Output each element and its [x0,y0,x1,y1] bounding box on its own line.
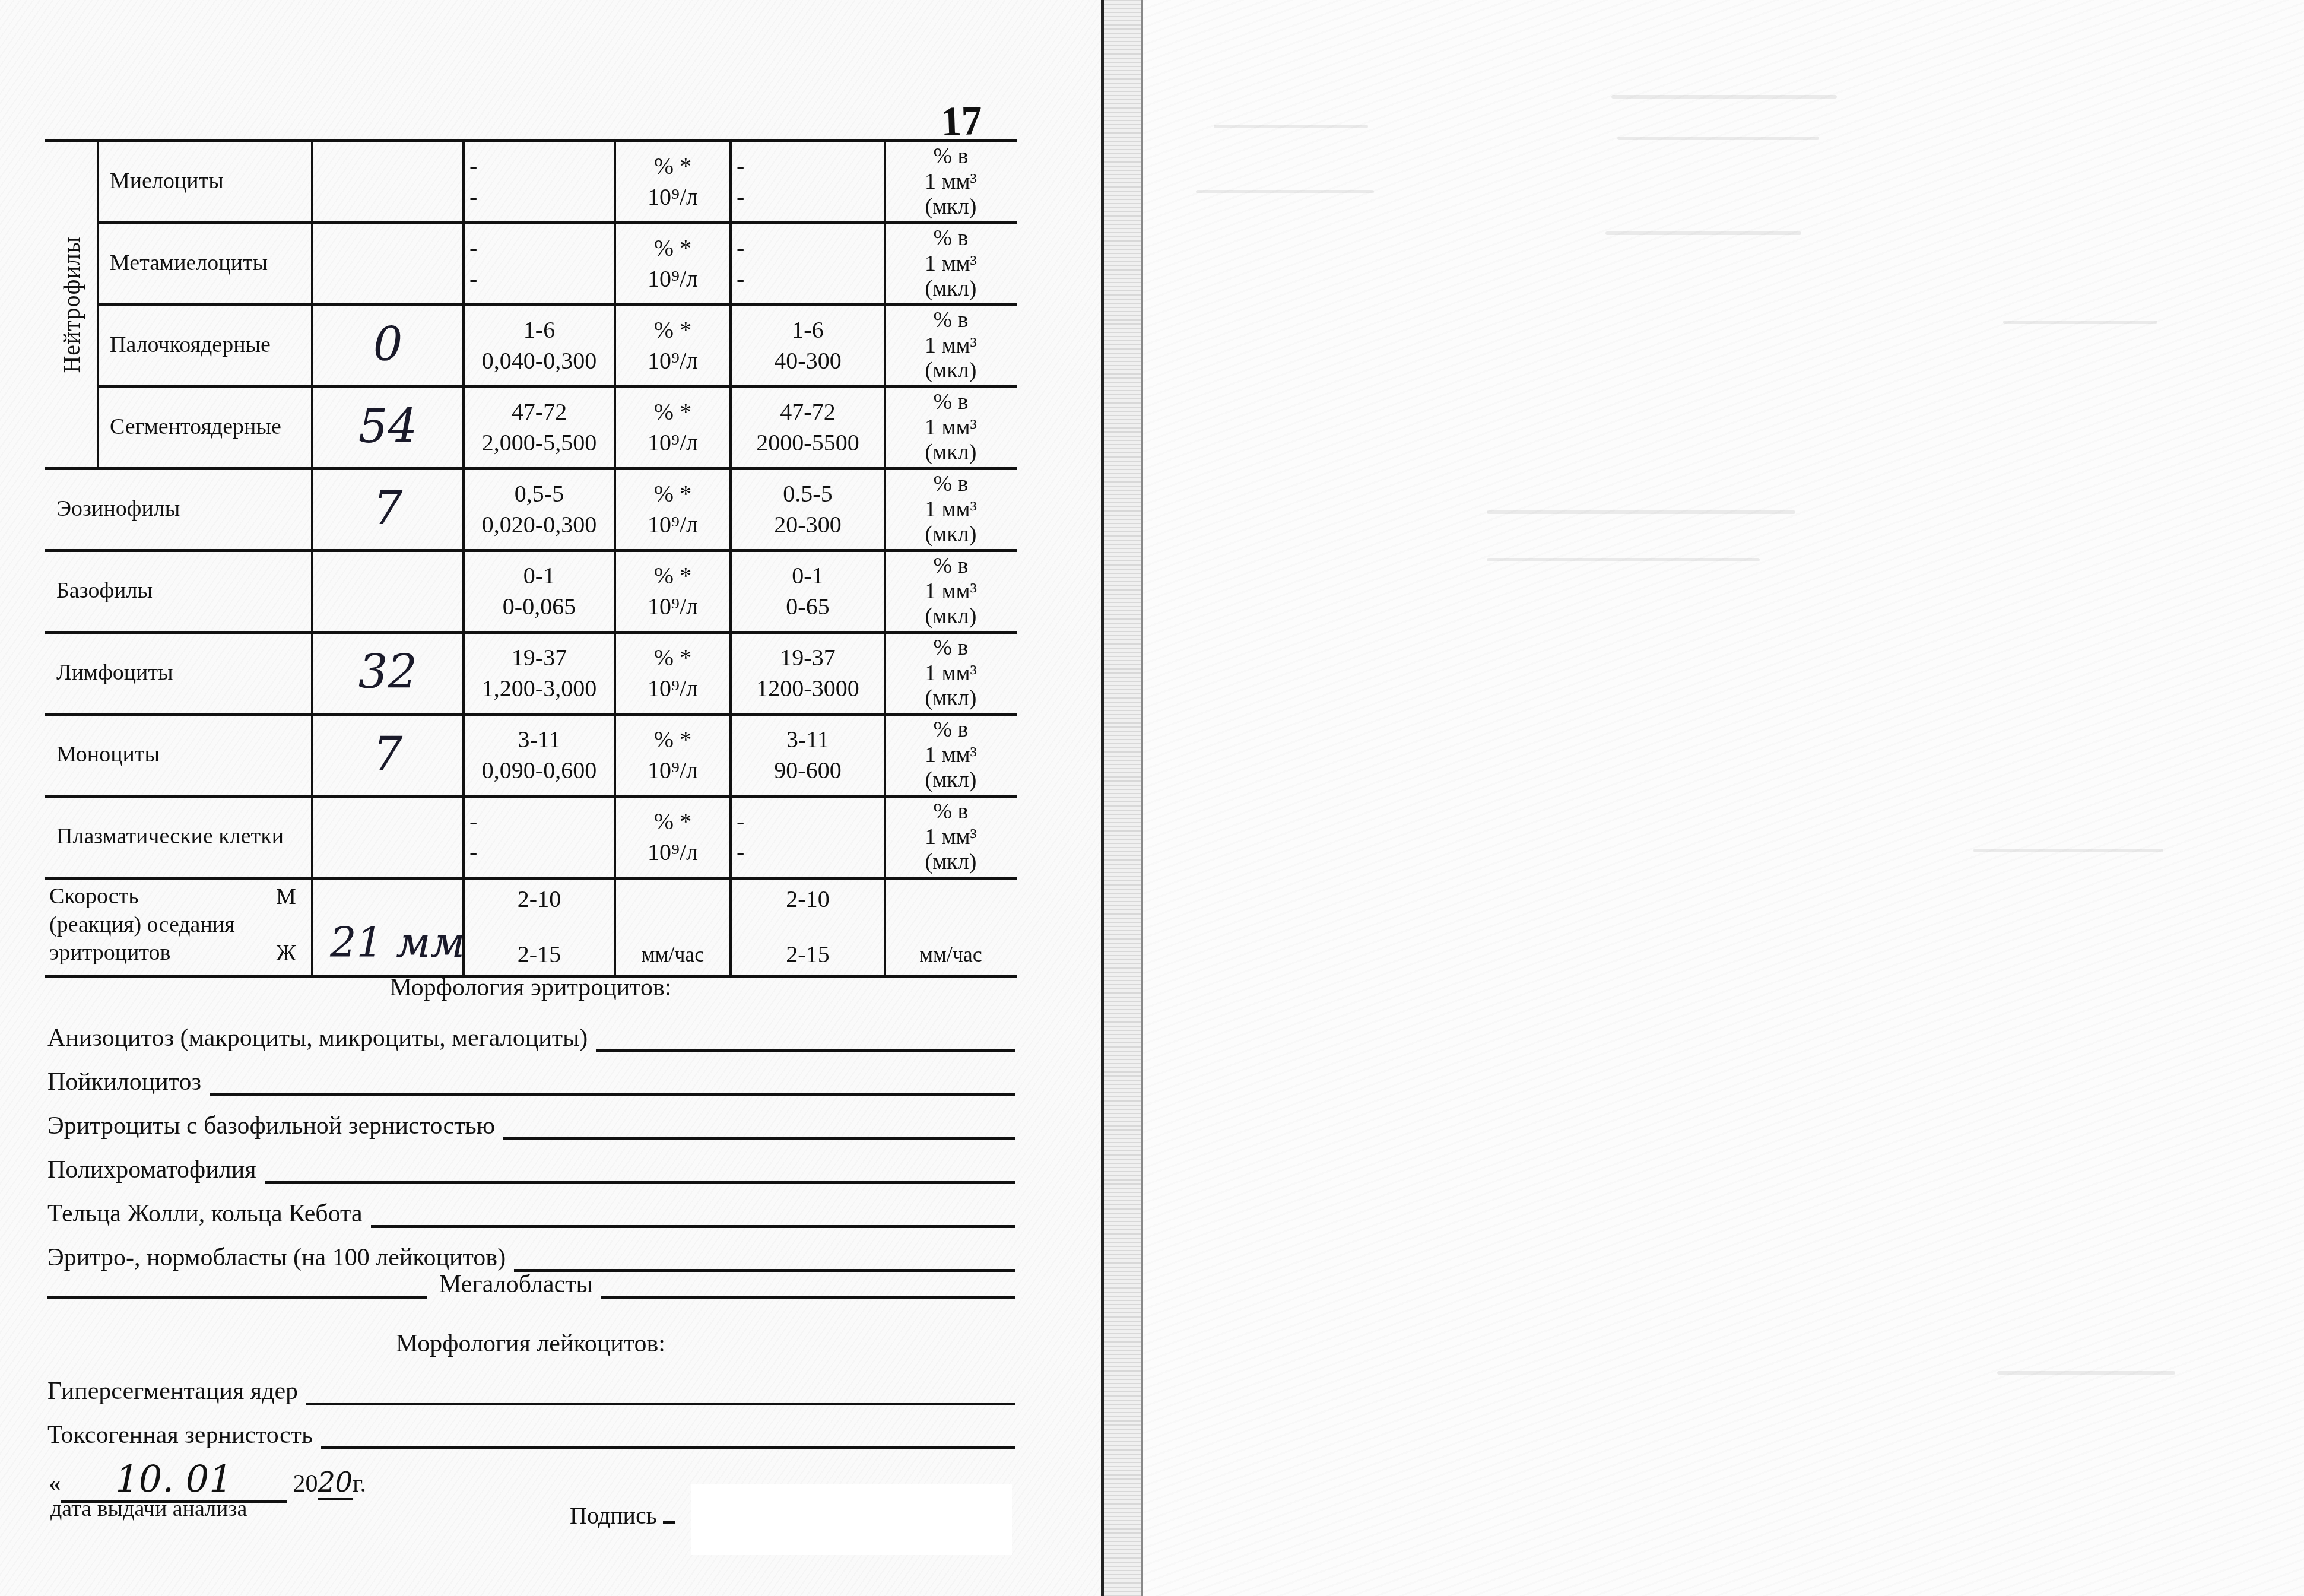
unit-per-mm3: % в1 мм³(мкл) [885,632,1017,714]
wbc-morphology-title: Морфология лейкоцитов: [45,1330,1017,1358]
row-name: Лимфоциты [45,632,324,714]
group-label-text: Нейтрофилы [58,236,85,373]
year-field[interactable]: 20 [318,1466,353,1500]
morphology-field: Эритроциты с базофильной зернистостью [47,1112,1015,1140]
bleed-mark [1487,510,1795,514]
morphology-field: Анизоцитоз (макроциты, микроциты, мегало… [47,1024,1015,1052]
field-blank[interactable] [210,1070,1015,1096]
unit-per-mm3: % в1 мм³(мкл) [885,141,1017,223]
result-value[interactable] [312,796,464,878]
unit-per-mm3: % в1 мм³(мкл) [885,386,1017,468]
unit-si: % *10⁹/л [615,141,731,223]
field-blank[interactable] [514,1245,1015,1272]
result-value[interactable]: 7 [312,714,464,796]
esr-female-label: Ж [276,940,296,966]
year-prefix: 20 [293,1470,318,1497]
morphology-field: Полихроматофилия [47,1156,1015,1184]
result-value[interactable] [312,141,464,223]
unit-si: % *10⁹/л [615,304,731,386]
reference-range-legacy: 19-371200-3000 [731,632,885,714]
reference-range-legacy: 3-1190-600 [731,714,885,796]
year-g: г. [353,1470,366,1497]
left-page: 17 НейтрофилыМиелоциты--% *10⁹/л--% в1 м… [0,0,1101,1596]
right-page-bleedthrough [1143,0,2304,1596]
row-name: Сегментоядерные [98,386,324,468]
unit-per-mm3: % в1 мм³(мкл) [885,304,1017,386]
signature-label-text: Подпись [570,1502,657,1529]
field-blank[interactable] [265,1157,1015,1184]
unit-si: % *10⁹/л [615,796,731,878]
esr-label: Скорость(реакция) оседанияэритроцитов [49,883,235,967]
result-value[interactable] [312,223,464,304]
reference-range: 1-60,040-0,300 [464,304,615,386]
reference-range: -- [464,796,615,878]
redacted-signature [691,1484,1012,1555]
bleed-mark [1617,137,1819,140]
megaloblasts-blank[interactable] [601,1272,1015,1299]
morphology-field: Тельца Жолли, кольца Кебота [47,1200,1015,1228]
field-label: Эритро-, нормобласты (на 100 лейкоцитов) [47,1243,506,1272]
esr-reference: 2-102-15 [464,878,615,976]
megaloblasts-prefix-blank[interactable] [47,1272,427,1299]
unit-si: % *10⁹/л [615,550,731,632]
bleed-mark [1196,190,1374,193]
field-label: Анизоцитоз (макроциты, микроциты, мегало… [47,1024,588,1052]
unit-per-mm3: % в1 мм³(мкл) [885,223,1017,304]
neutrophils-group-label: Нейтрофилы [45,141,98,468]
field-label: Токсогенная зернистость [47,1421,313,1449]
bleed-mark [1973,849,2163,852]
unit-per-mm3: % в1 мм³(мкл) [885,714,1017,796]
quote-open: « [49,1470,61,1497]
field-label: Гиперсегментация ядер [47,1377,298,1405]
signature-label: Подпись [570,1502,675,1530]
bleed-mark [1487,558,1760,561]
result-value[interactable] [312,550,464,632]
unit-si: % *10⁹/л [615,632,731,714]
rbc-morphology-title: Морфология эритроцитов: [45,973,1017,1002]
reference-range-legacy: -- [731,223,885,304]
morphology-field: Пойкилоцитоз [47,1068,1015,1096]
morphology-field: Токсогенная зернистость [47,1421,1015,1449]
morphology-field: Эритро-, нормобласты (на 100 лейкоцитов) [47,1243,1015,1272]
reference-range: 47-722,000-5,500 [464,386,615,468]
morphology-field: Гиперсегментация ядер [47,1377,1015,1405]
unit-si: % *10⁹/л [615,714,731,796]
bleed-mark [1605,231,1801,235]
result-value[interactable]: 32 [312,632,464,714]
unit-si: % *10⁹/л [615,386,731,468]
result-value[interactable]: 54 [312,386,464,468]
unit-per-mm3: % в1 мм³(мкл) [885,796,1017,878]
result-value[interactable]: 0 [312,304,464,386]
reference-range: 3-110,090-0,600 [464,714,615,796]
reference-range-legacy: -- [731,141,885,223]
field-label: Полихроматофилия [47,1156,256,1184]
field-label: Пойкилоцитоз [47,1068,201,1096]
bleed-mark [1997,1371,2175,1375]
unit-per-mm3: % в1 мм³(мкл) [885,550,1017,632]
unit-si: % *10⁹/л [615,468,731,550]
bleed-mark [1214,125,1368,128]
date-caption: дата выдачи анализа [50,1496,247,1522]
field-label: Тельца Жолли, кольца Кебота [47,1200,363,1228]
field-label: Эритроциты с базофильной зернистостью [47,1112,495,1140]
esr-male-label: М [276,884,296,910]
reference-range: 19-371,200-3,000 [464,632,615,714]
megaloblasts-field: Мегалобласты [47,1270,1015,1299]
row-name: Метамиелоциты [98,223,324,304]
field-blank[interactable] [371,1201,1015,1228]
reference-range: 0,5-50,020-0,300 [464,468,615,550]
row-name: Базофилы [45,550,324,632]
field-blank[interactable] [321,1423,1015,1449]
unit-si: % *10⁹/л [615,223,731,304]
field-blank[interactable] [596,1026,1015,1052]
row-name: Палочкоядерные [98,304,324,386]
field-blank[interactable] [503,1113,1015,1140]
row-name: Моноциты [45,714,324,796]
year-suffix: 20 [318,1466,353,1498]
date-value: 10. 01 [115,1457,232,1500]
bleed-mark [2003,321,2157,324]
unit-per-mm3: % в1 мм³(мкл) [885,468,1017,550]
page-number-mark: 17 [940,97,983,146]
reference-range: 0-10-0,065 [464,550,615,632]
signature-line[interactable] [663,1521,675,1524]
esr-reference-legacy: 2-102-15 [731,878,885,976]
row-name: Эозинофилы [45,468,324,550]
row-name: Миелоциты [98,141,324,223]
field-blank[interactable] [306,1379,1015,1405]
row-name: Плазматические клетки [45,796,324,878]
reference-range-legacy: 0-10-65 [731,550,885,632]
reference-range-legacy: 47-722000-5500 [731,386,885,468]
megaloblasts-label: Мегалобласты [439,1270,593,1299]
reference-range-legacy: -- [731,796,885,878]
bleed-mark [1611,95,1837,99]
result-value[interactable]: 7 [312,468,464,550]
esr-unit-legacy: мм/час [885,878,1017,976]
book-spine [1101,0,1143,1596]
reference-range: -- [464,223,615,304]
reference-range: -- [464,141,615,223]
reference-range-legacy: 1-640-300 [731,304,885,386]
reference-range-legacy: 0.5-520-300 [731,468,885,550]
esr-unit: мм/час [615,878,731,976]
